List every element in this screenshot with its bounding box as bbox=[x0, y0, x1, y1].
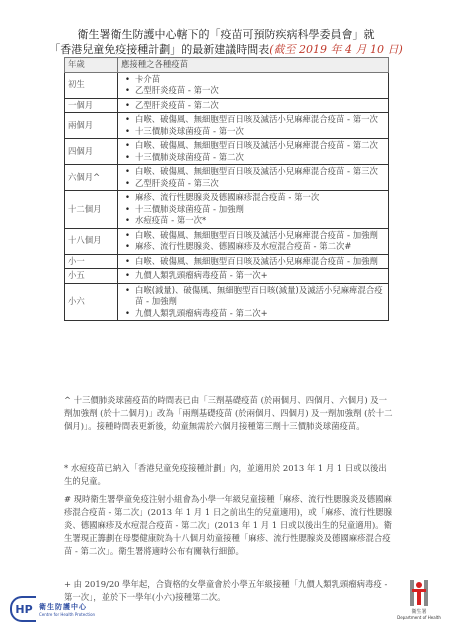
document-title-line2: 「香港兒童免疫接種計劃」的最新建議時間表(截至 2019 年 4 月 10 日) bbox=[0, 41, 452, 57]
vaccine-item: 十三價肺炎球菌疫苗 - 第一次 bbox=[135, 126, 385, 138]
vaccines-cell: 白喉、破傷風、無細胞型百日咳及滅活小兒麻痺混合疫苗 - 加強劑 麻疹、流行性腮腺… bbox=[118, 228, 389, 254]
table-row: 十八個月 白喉、破傷風、無細胞型百日咳及滅活小兒麻痺混合疫苗 - 加強劑 麻疹、… bbox=[65, 228, 389, 254]
department-of-health-logo: 衛生署 Department of Health bbox=[390, 580, 448, 620]
table-row: 初生 卡介苗 乙型肝炎疫苗 - 第一次 bbox=[65, 72, 389, 98]
vaccines-cell: 白喉、破傷風、無細胞型百日咳及滅活小兒麻痺混合疫苗 - 第三次 乙型肝炎疫苗 -… bbox=[118, 165, 389, 191]
vaccines-cell: 白喉、破傷風、無細胞型百日咳及滅活小兒麻痺混合疫苗 - 第一次 十三價肺炎球菌疫… bbox=[118, 113, 389, 139]
chp-badge-icon: HP bbox=[10, 596, 36, 622]
vaccine-item: 乙型肝炎疫苗 - 第三次 bbox=[135, 178, 385, 190]
vaccines-cell: 白喉、破傷風、無細胞型百日咳及滅活小兒麻痺混合疫苗 - 加強劑 bbox=[118, 254, 389, 269]
vaccines-cell: 白喉、破傷風、無細胞型百日咳及滅活小兒麻痺混合疫苗 - 第二次 十三價肺炎球菌疫… bbox=[118, 139, 389, 165]
vaccines-cell: 白喉(減量)、破傷風、無細胞型百日咳(減量)及滅活小兒麻痺混合疫苗 - 加強劑 … bbox=[118, 283, 389, 321]
age-cell: 初生 bbox=[65, 72, 118, 98]
table-row: 小五 九價人類乳頭瘤病毒疫苗 - 第一次+ bbox=[65, 269, 389, 284]
vaccine-item: 麻疹、流行性腮腺炎、德國麻疹及水痘混合疫苗 - 第二次# bbox=[135, 241, 385, 253]
vaccine-item: 九價人類乳頭瘤病毒疫苗 - 第二次+ bbox=[135, 308, 385, 320]
vaccines-cell: 乙型肝炎疫苗 - 第二次 bbox=[118, 98, 389, 113]
vaccine-item: 白喉、破傷風、無細胞型百日咳及滅活小兒麻痺混合疫苗 - 第三次 bbox=[135, 166, 385, 178]
age-cell: 小六 bbox=[65, 283, 118, 321]
age-cell: 小五 bbox=[65, 269, 118, 284]
chp-name-cn: 衛生防護中心 bbox=[39, 602, 95, 612]
footnote-plus: + 由 2019/20 學年起，合資格的女學童會於小學五年級接種「九價人類乳頭瘤… bbox=[64, 578, 394, 604]
vaccine-item: 卡介苗 bbox=[135, 74, 385, 86]
table-row: 小一 白喉、破傷風、無細胞型百日咳及滅活小兒麻痺混合疫苗 - 加強劑 bbox=[65, 254, 389, 269]
table-row: 一個月 乙型肝炎疫苗 - 第二次 bbox=[65, 98, 389, 113]
doh-emblem-icon bbox=[410, 580, 428, 606]
document-title-line1: 衛生署衛生防護中心轄下的「疫苗可預防疾病科學委員會」就 bbox=[0, 26, 452, 42]
column-header-age: 年歲 bbox=[65, 58, 118, 73]
vaccine-item: 乙型肝炎疫苗 - 第一次 bbox=[135, 85, 385, 97]
age-cell: 六個月^ bbox=[65, 165, 118, 191]
vaccine-item: 乙型肝炎疫苗 - 第二次 bbox=[135, 100, 385, 112]
doh-name-en: Department of Health bbox=[390, 615, 448, 620]
vaccines-cell: 卡介苗 乙型肝炎疫苗 - 第一次 bbox=[118, 72, 389, 98]
chp-name-en: Centre for Health Protection bbox=[39, 612, 95, 617]
title-text: 「香港兒童免疫接種計劃」的最新建議時間表 bbox=[49, 43, 269, 56]
vaccine-item: 十三價肺炎球菌疫苗 - 第二次 bbox=[135, 152, 385, 164]
vaccine-item: 麻疹、流行性腮腺炎及德國麻疹混合疫苗 - 第一次 bbox=[135, 192, 385, 204]
age-cell: 十二個月 bbox=[65, 191, 118, 229]
footnote-caret: ^ 十三價肺炎球菌疫苗的時間表已由「三劑基礎疫苗 (於兩個月、四個月、六個月) … bbox=[64, 394, 394, 433]
age-cell: 小一 bbox=[65, 254, 118, 269]
immunisation-schedule-table: 年歲 應接種之各種疫苗 初生 卡介苗 乙型肝炎疫苗 - 第一次 一個月 乙型肝炎… bbox=[64, 57, 389, 321]
vaccine-item: 白喉(減量)、破傷風、無細胞型百日咳(減量)及滅活小兒麻痺混合疫苗 - 加強劑 bbox=[135, 285, 385, 308]
age-cell: 十八個月 bbox=[65, 228, 118, 254]
table-row: 小六 白喉(減量)、破傷風、無細胞型百日咳(減量)及滅活小兒麻痺混合疫苗 - 加… bbox=[65, 283, 389, 321]
footnote-asterisk: * 水痘疫苗已納入「香港兒童免疫接種計劃」內，並適用於 2013 年 1 月 1… bbox=[64, 462, 394, 488]
effective-date: (截至 2019 年 4 月 10 日) bbox=[269, 43, 403, 56]
vaccine-item: 白喉、破傷風、無細胞型百日咳及滅活小兒麻痺混合疫苗 - 加強劑 bbox=[135, 230, 385, 242]
vaccine-item: 白喉、破傷風、無細胞型百日咳及滅活小兒麻痺混合疫苗 - 第二次 bbox=[135, 140, 385, 152]
age-cell: 四個月 bbox=[65, 139, 118, 165]
table-row: 十二個月 麻疹、流行性腮腺炎及德國麻疹混合疫苗 - 第一次 十三價肺炎球菌疫苗 … bbox=[65, 191, 389, 229]
table-row: 六個月^ 白喉、破傷風、無細胞型百日咳及滅活小兒麻痺混合疫苗 - 第三次 乙型肝… bbox=[65, 165, 389, 191]
column-header-vaccines: 應接種之各種疫苗 bbox=[118, 58, 389, 73]
footnote-hash: # 現時衛生署學童免疫注射小組會為小學一年級兒童接種「麻疹、流行性腮腺炎及德國麻… bbox=[64, 493, 394, 558]
chp-logo: HP 衛生防護中心 Centre for Health Protection bbox=[10, 596, 95, 622]
vaccine-item: 十三價肺炎球菌疫苗 - 加強劑 bbox=[135, 204, 385, 216]
vaccines-cell: 九價人類乳頭瘤病毒疫苗 - 第一次+ bbox=[118, 269, 389, 284]
vaccine-item: 白喉、破傷風、無細胞型百日咳及滅活小兒麻痺混合疫苗 - 加強劑 bbox=[135, 256, 385, 268]
vaccine-item: 白喉、破傷風、無細胞型百日咳及滅活小兒麻痺混合疫苗 - 第一次 bbox=[135, 114, 385, 126]
table-header-row: 年歲 應接種之各種疫苗 bbox=[65, 58, 389, 73]
age-cell: 兩個月 bbox=[65, 113, 118, 139]
age-cell: 一個月 bbox=[65, 98, 118, 113]
vaccines-cell: 麻疹、流行性腮腺炎及德國麻疹混合疫苗 - 第一次 十三價肺炎球菌疫苗 - 加強劑… bbox=[118, 191, 389, 229]
vaccine-item: 九價人類乳頭瘤病毒疫苗 - 第一次+ bbox=[135, 270, 385, 282]
table-row: 四個月 白喉、破傷風、無細胞型百日咳及滅活小兒麻痺混合疫苗 - 第二次 十三價肺… bbox=[65, 139, 389, 165]
table-row: 兩個月 白喉、破傷風、無細胞型百日咳及滅活小兒麻痺混合疫苗 - 第一次 十三價肺… bbox=[65, 113, 389, 139]
doh-name-cn: 衛生署 bbox=[390, 608, 448, 615]
vaccine-item: 水痘疫苗 - 第一次* bbox=[135, 215, 385, 227]
